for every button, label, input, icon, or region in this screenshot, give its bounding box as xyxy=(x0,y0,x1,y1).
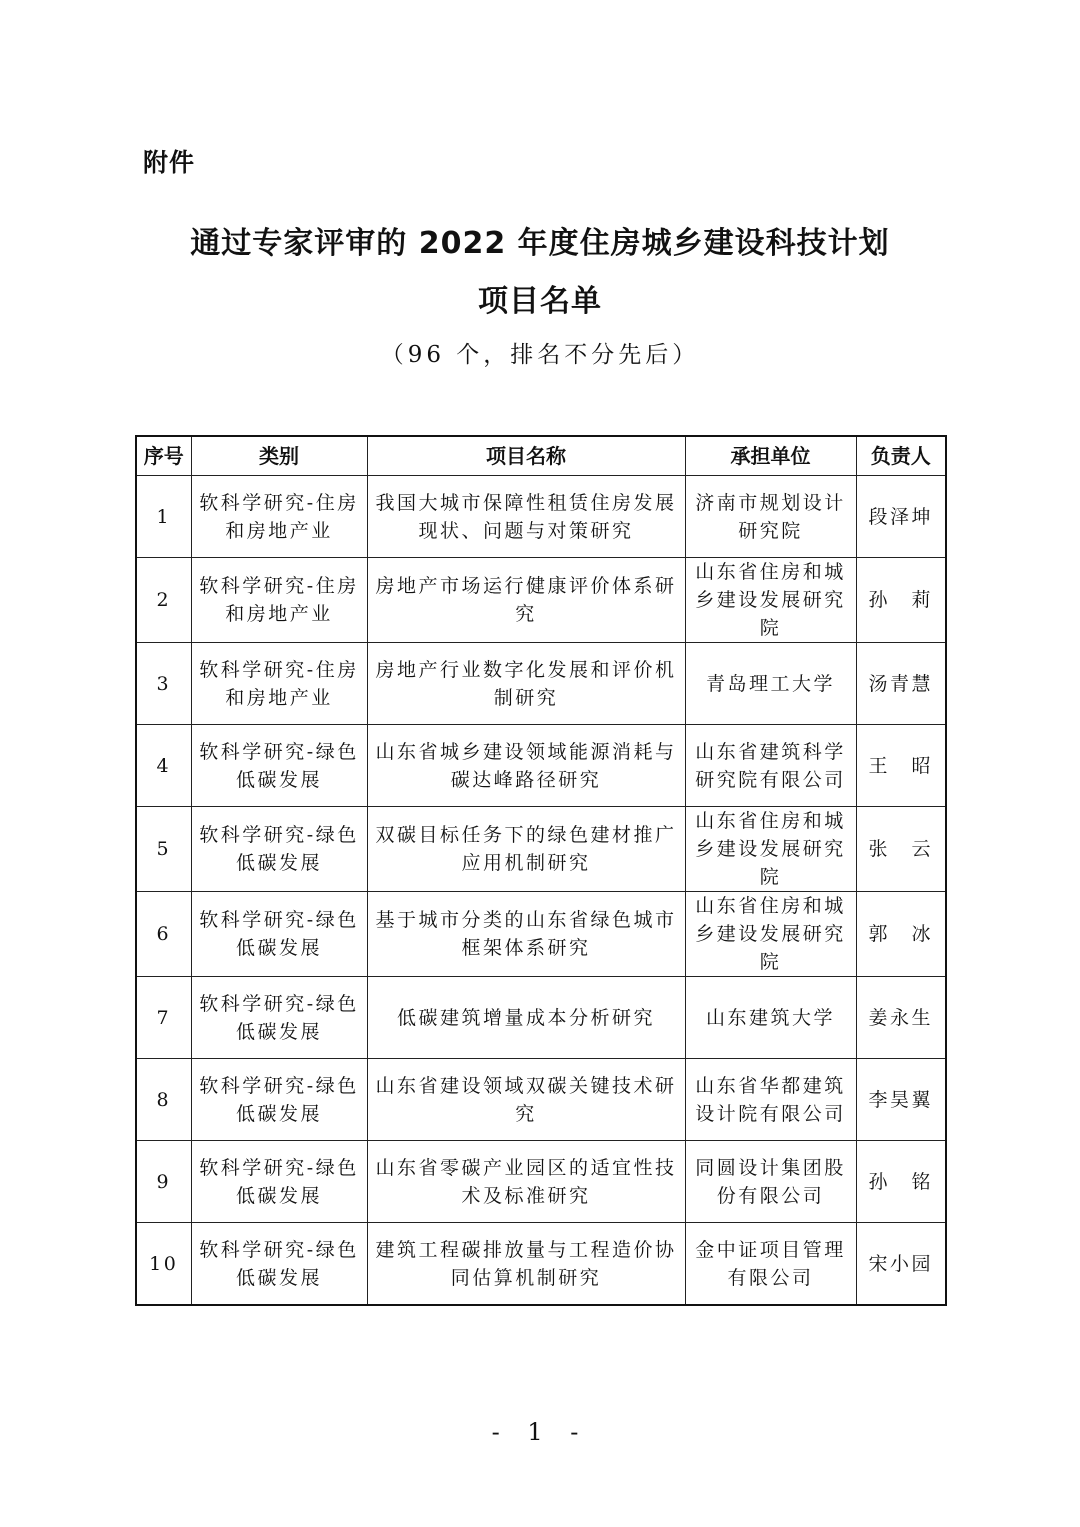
document-title-line1: 通过专家评审的 2022 年度住房城乡建设科技计划 xyxy=(0,218,1080,262)
document-title-line2: 项目名单 xyxy=(0,276,1080,320)
cell-unit: 金中证项目管理有限公司 xyxy=(685,1223,856,1306)
cell-category: 软科学研究-绿色低碳发展 xyxy=(191,1223,367,1306)
header-category: 类别 xyxy=(191,436,367,476)
cell-no: 10 xyxy=(136,1223,191,1306)
cell-no: 1 xyxy=(136,476,191,558)
cell-project: 基于城市分类的山东省绿色城市框架体系研究 xyxy=(367,892,685,977)
header-unit: 承担单位 xyxy=(685,436,856,476)
table-row: 2 软科学研究-住房和房地产业 房地产市场运行健康评价体系研究 山东省住房和城乡… xyxy=(136,558,946,643)
cell-no: 2 xyxy=(136,558,191,643)
project-list-table: 序号 类别 项目名称 承担单位 负责人 1 软科学研究-住房和房地产业 我国大城… xyxy=(135,435,947,1306)
cell-category: 软科学研究-住房和房地产业 xyxy=(191,643,367,725)
table-row: 5 软科学研究-绿色低碳发展 双碳目标任务下的绿色建材推广应用机制研究 山东省住… xyxy=(136,807,946,892)
table-row: 1 软科学研究-住房和房地产业 我国大城市保障性租赁住房发展现状、问题与对策研究… xyxy=(136,476,946,558)
cell-unit: 山东省住房和城乡建设发展研究院 xyxy=(685,807,856,892)
cell-unit: 山东建筑大学 xyxy=(685,977,856,1059)
cell-category: 软科学研究-绿色低碳发展 xyxy=(191,725,367,807)
document-subtitle: （96 个，排名不分先后） xyxy=(0,336,1080,369)
cell-project: 我国大城市保障性租赁住房发展现状、问题与对策研究 xyxy=(367,476,685,558)
cell-unit: 山东省建筑科学研究院有限公司 xyxy=(685,725,856,807)
cell-category: 软科学研究-绿色低碳发展 xyxy=(191,1059,367,1141)
cell-project: 低碳建筑增量成本分析研究 xyxy=(367,977,685,1059)
cell-project: 山东省城乡建设领域能源消耗与碳达峰路径研究 xyxy=(367,725,685,807)
cell-unit: 同圆设计集团股份有限公司 xyxy=(685,1141,856,1223)
cell-unit: 济南市规划设计研究院 xyxy=(685,476,856,558)
cell-no: 8 xyxy=(136,1059,191,1141)
cell-project: 建筑工程碳排放量与工程造价协同估算机制研究 xyxy=(367,1223,685,1306)
cell-project: 双碳目标任务下的绿色建材推广应用机制研究 xyxy=(367,807,685,892)
page-number: - 1 - xyxy=(0,1418,1080,1446)
table-row: 8 软科学研究-绿色低碳发展 山东省建设领域双碳关键技术研究 山东省华都建筑设计… xyxy=(136,1059,946,1141)
cell-category: 软科学研究-绿色低碳发展 xyxy=(191,1141,367,1223)
cell-no: 3 xyxy=(136,643,191,725)
cell-person: 宋小园 xyxy=(856,1223,946,1306)
table-row: 6 软科学研究-绿色低碳发展 基于城市分类的山东省绿色城市框架体系研究 山东省住… xyxy=(136,892,946,977)
cell-no: 6 xyxy=(136,892,191,977)
cell-unit: 青岛理工大学 xyxy=(685,643,856,725)
table-row: 9 软科学研究-绿色低碳发展 山东省零碳产业园区的适宜性技术及标准研究 同圆设计… xyxy=(136,1141,946,1223)
header-person: 负责人 xyxy=(856,436,946,476)
cell-category: 软科学研究-住房和房地产业 xyxy=(191,558,367,643)
table-row: 7 软科学研究-绿色低碳发展 低碳建筑增量成本分析研究 山东建筑大学 姜永生 xyxy=(136,977,946,1059)
cell-no: 7 xyxy=(136,977,191,1059)
cell-unit: 山东省华都建筑设计院有限公司 xyxy=(685,1059,856,1141)
cell-category: 软科学研究-住房和房地产业 xyxy=(191,476,367,558)
header-no: 序号 xyxy=(136,436,191,476)
table-header-row: 序号 类别 项目名称 承担单位 负责人 xyxy=(136,436,946,476)
attachment-label: 附件 xyxy=(143,143,195,179)
table-row: 3 软科学研究-住房和房地产业 房地产行业数字化发展和评价机制研究 青岛理工大学… xyxy=(136,643,946,725)
header-project: 项目名称 xyxy=(367,436,685,476)
cell-person: 郭 冰 xyxy=(856,892,946,977)
cell-person: 王 昭 xyxy=(856,725,946,807)
cell-category: 软科学研究-绿色低碳发展 xyxy=(191,807,367,892)
cell-person: 段泽坤 xyxy=(856,476,946,558)
cell-project: 山东省建设领域双碳关键技术研究 xyxy=(367,1059,685,1141)
cell-project: 房地产市场运行健康评价体系研究 xyxy=(367,558,685,643)
cell-person: 张 云 xyxy=(856,807,946,892)
table-row: 4 软科学研究-绿色低碳发展 山东省城乡建设领域能源消耗与碳达峰路径研究 山东省… xyxy=(136,725,946,807)
cell-no: 4 xyxy=(136,725,191,807)
cell-person: 李昊翼 xyxy=(856,1059,946,1141)
cell-no: 9 xyxy=(136,1141,191,1223)
cell-person: 姜永生 xyxy=(856,977,946,1059)
cell-unit: 山东省住房和城乡建设发展研究院 xyxy=(685,558,856,643)
cell-category: 软科学研究-绿色低碳发展 xyxy=(191,892,367,977)
cell-person: 孙 莉 xyxy=(856,558,946,643)
cell-person: 汤青慧 xyxy=(856,643,946,725)
cell-category: 软科学研究-绿色低碳发展 xyxy=(191,977,367,1059)
cell-project: 房地产行业数字化发展和评价机制研究 xyxy=(367,643,685,725)
cell-person: 孙 铭 xyxy=(856,1141,946,1223)
cell-unit: 山东省住房和城乡建设发展研究院 xyxy=(685,892,856,977)
cell-no: 5 xyxy=(136,807,191,892)
table-row: 10 软科学研究-绿色低碳发展 建筑工程碳排放量与工程造价协同估算机制研究 金中… xyxy=(136,1223,946,1306)
cell-project: 山东省零碳产业园区的适宜性技术及标准研究 xyxy=(367,1141,685,1223)
